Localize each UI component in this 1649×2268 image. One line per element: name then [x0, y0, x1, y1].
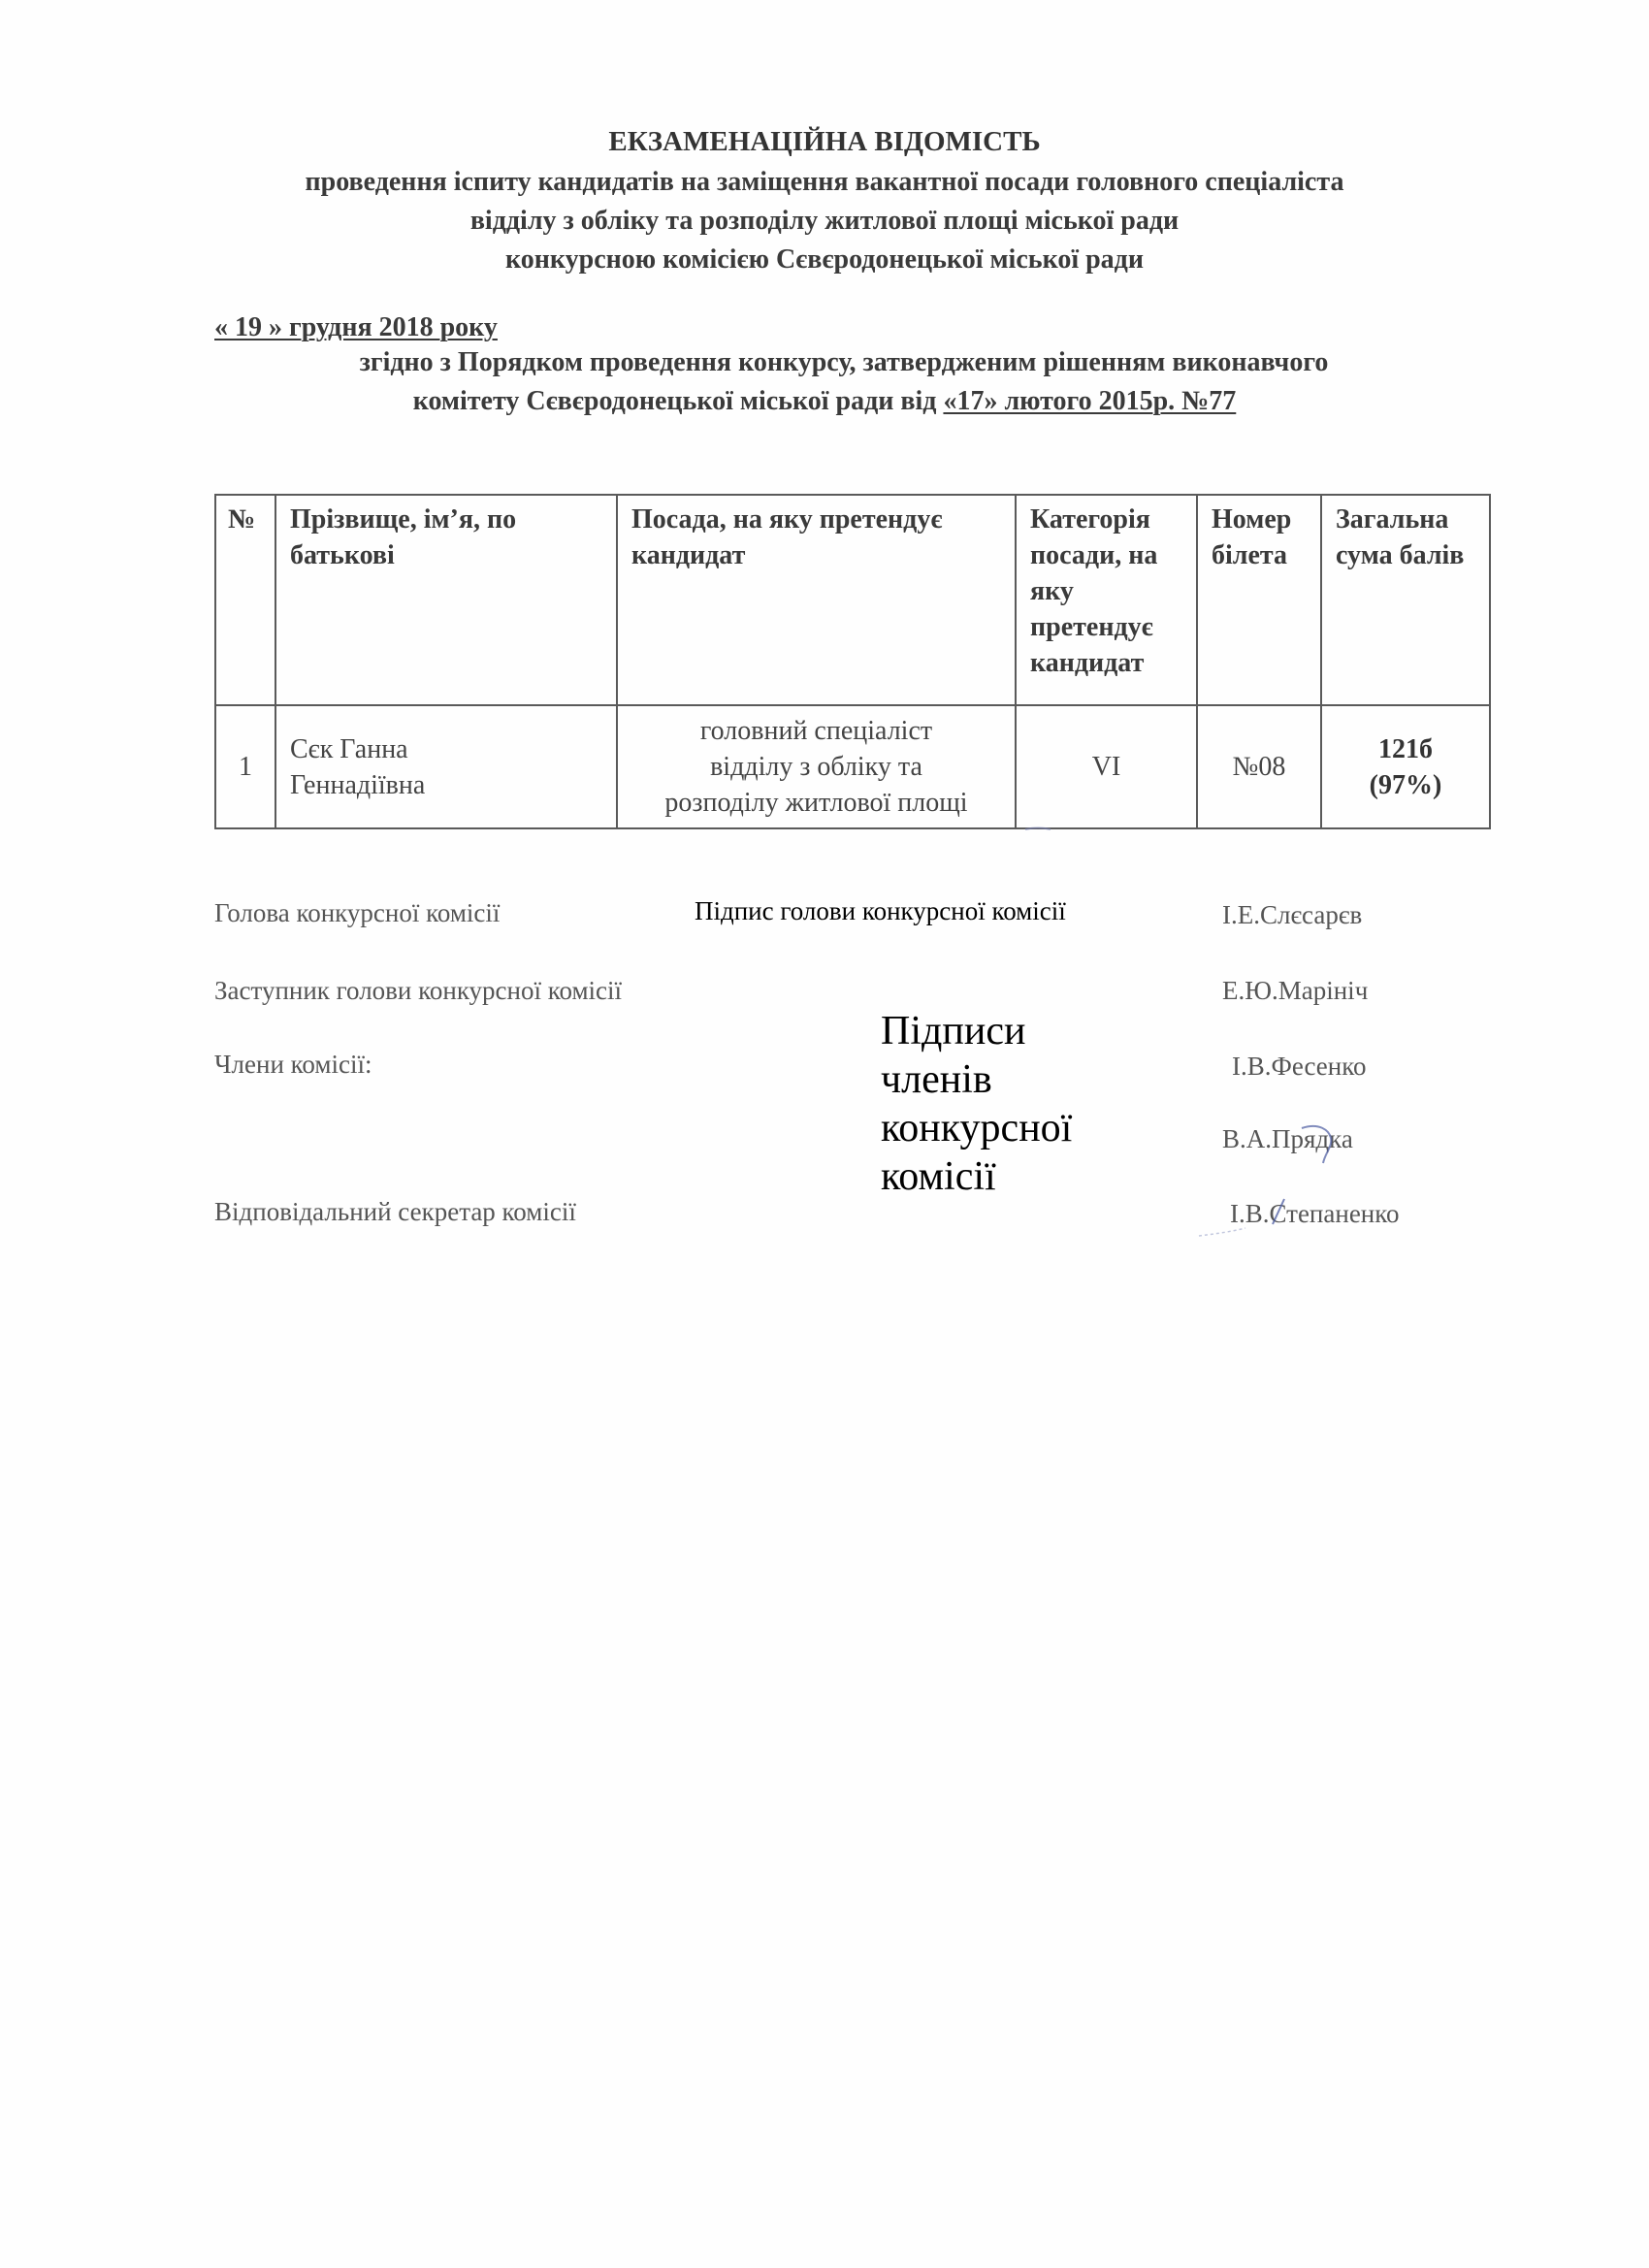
position-line: головний спеціаліст [624, 713, 1009, 749]
header-number: № [215, 495, 275, 705]
deputy-name: Е.Ю.Марініч [1222, 974, 1368, 1007]
basis-line: комітету Сєвєродонецької міської ради ві… [0, 382, 1649, 421]
document-date: « 19 » грудня 2018 року [214, 310, 498, 345]
header-full-name: Прізвище, ім’я, по батькові [275, 495, 617, 705]
header-category: Категорія посади, на яку претендує канди… [1016, 495, 1197, 705]
table-header-row: № Прізвище, ім’я, по батькові Посада, на… [215, 495, 1490, 705]
document-subtitle: проведення іспиту кандидатів на заміщенн… [0, 163, 1649, 279]
cell-ticket: №08 [1197, 705, 1321, 828]
document-page: ЕКЗАМЕНАЦІЙНА ВІДОМІСТЬ проведення іспит… [0, 0, 1649, 2268]
subtitle-line: конкурсною комісією Сєвєродонецької місь… [0, 241, 1649, 279]
header-ticket: Номер білета [1197, 495, 1321, 705]
score-percent: (97%) [1322, 767, 1489, 803]
cell-full-name: Сєк Ганна Геннадіївна [275, 705, 617, 828]
chair-name: І.Е.Слєсарєв [1222, 898, 1362, 931]
results-table: № Прізвище, ім’я, по батькові Посада, на… [214, 494, 1491, 829]
cell-total-score: 121б (97%) [1321, 705, 1490, 828]
placeholder-line: конкурсної [881, 1104, 1072, 1152]
cell-position: головний спеціаліст відділу з обліку та … [617, 705, 1016, 828]
secretary-name: І.В.Степаненко [1230, 1197, 1400, 1230]
chair-label: Голова конкурсної комісії [214, 896, 500, 929]
placeholder-line: комісії [881, 1152, 1072, 1201]
position-line: розподілу житлової площі [624, 785, 1009, 821]
position-line: відділу з обліку та [624, 749, 1009, 785]
subtitle-line: проведення іспиту кандидатів на заміщенн… [0, 163, 1649, 202]
name-line: Сєк Ганна [290, 731, 616, 767]
deputy-label: Заступник голови конкурсної комісії [214, 974, 622, 1007]
cell-number: 1 [215, 705, 275, 828]
basis-prefix: комітету Сєвєродонецької міської ради ві… [413, 386, 944, 416]
member-name: В.А.Прядка [1222, 1122, 1353, 1155]
subtitle-line: відділу з обліку та розподілу житлової п… [0, 202, 1649, 241]
placeholder-line: членів [881, 1055, 1072, 1104]
document-basis: згідно з Порядком проведення конкурсу, з… [0, 343, 1649, 421]
decision-reference: «17» лютого 2015р. №77 [943, 386, 1236, 416]
name-line: Геннадіївна [290, 767, 616, 803]
header-total-score: Загальна сума балів [1321, 495, 1490, 705]
table-row: 1 Сєк Ганна Геннадіївна головний спеціал… [215, 705, 1490, 828]
cell-category: VI [1016, 705, 1197, 828]
members-label: Члени комісії: [214, 1048, 372, 1081]
basis-line: згідно з Порядком проведення конкурсу, з… [0, 343, 1649, 382]
header-position: Посада, на яку претендує кандидат [617, 495, 1016, 705]
members-signature-placeholder: Підписи членів конкурсної комісії [881, 1007, 1072, 1201]
score-points: 121б [1322, 731, 1489, 767]
placeholder-line: Підписи [881, 1007, 1072, 1055]
member-name: І.В.Фесенко [1232, 1050, 1366, 1083]
secretary-label: Відповідальний секретар комісії [214, 1195, 576, 1228]
document-title: ЕКЗАМЕНАЦІЙНА ВІДОМІСТЬ [0, 124, 1649, 159]
chair-signature-placeholder: Підпис голови конкурсної комісії [695, 894, 1066, 927]
